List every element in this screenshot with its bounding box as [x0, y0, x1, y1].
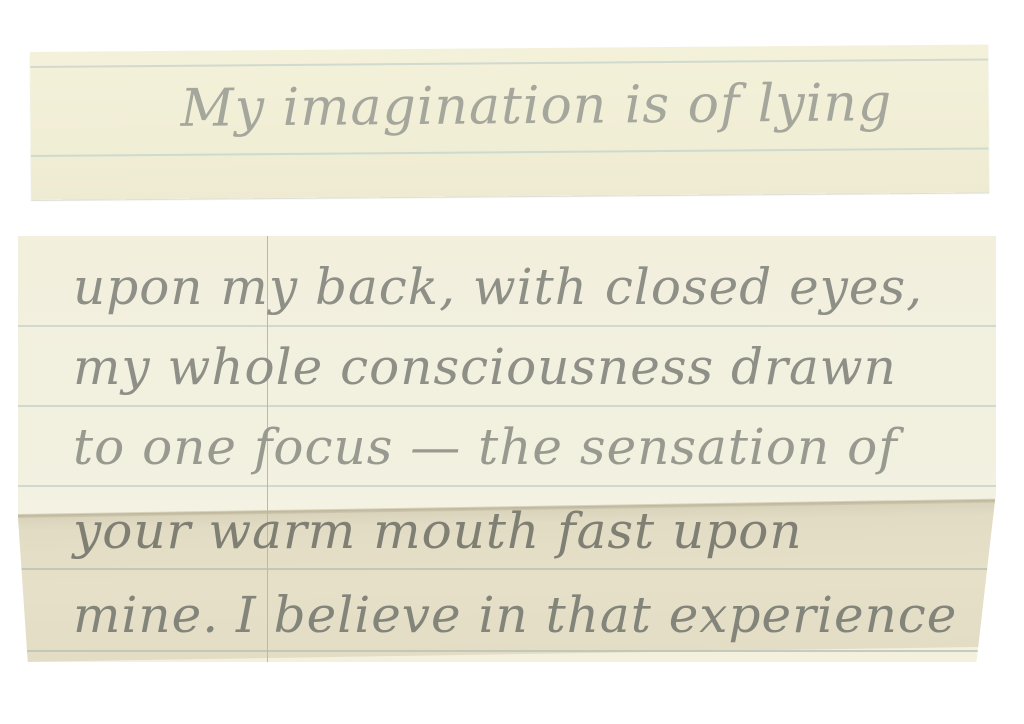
handwritten-line-3: my whole consciousness drawn	[73, 338, 897, 396]
lower-paper-sheet: upon my back, with closed eyes, my whole…	[18, 236, 996, 662]
ruled-line	[18, 568, 996, 570]
handwritten-line-5: your warm mouth fast upon	[73, 502, 803, 560]
ruled-line	[18, 405, 996, 407]
handwritten-line-1: My imagination is of lying	[180, 73, 892, 139]
ruled-line	[30, 58, 988, 68]
ruled-line	[18, 325, 996, 327]
top-paper-strip: My imagination is of lying	[30, 44, 989, 200]
handwritten-line-2: upon my back, with closed eyes,	[73, 258, 923, 316]
ruled-line	[18, 650, 996, 652]
handwritten-line-6: mine. I believe in that experience	[73, 586, 957, 644]
ruled-line	[18, 485, 996, 487]
handwritten-line-4: to one focus — the sensation of	[73, 418, 898, 476]
ruled-line	[31, 147, 989, 157]
